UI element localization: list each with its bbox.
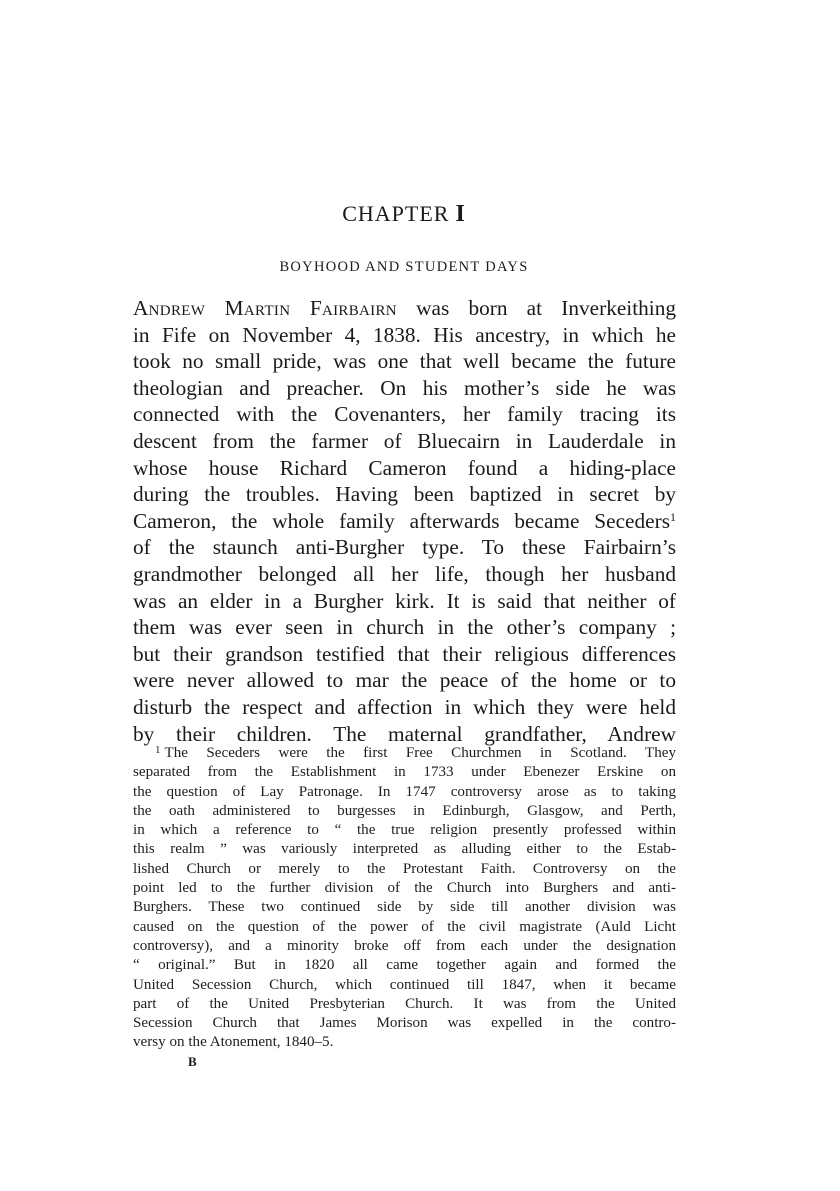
printer-signature-mark: B [188,1054,197,1070]
footnote-reference[interactable]: 1 [670,510,676,524]
footnote-line: controversy), and a minority broke off f… [133,937,676,956]
chapter-numeral: I [455,201,465,227]
body-line: whose house Richard Cameron found a hidi… [133,455,676,482]
footnote-line: in which a reference to “ the true relig… [133,821,676,840]
footnote-line: caused on the question of the power of t… [133,918,676,937]
footnote-line-text: The Seceders were the first Free Churchm… [165,745,677,761]
body-line-text: was born at Inverkeithing [397,296,676,320]
footnote-line: point led to the further division of the… [133,879,676,898]
body-line: took no small pride, was one that well b… [133,348,676,375]
body-line: theologian and preacher. On his mother’s… [133,375,676,402]
body-paragraph: Andrew Martin Fairbairn was born at Inve… [133,295,676,747]
footnote: 1The Seceders were the first Free Church… [133,744,676,1053]
chapter-heading: CHAPTERI [0,201,808,228]
body-line: disturb the respect and affection in whi… [133,694,676,721]
chapter-label: CHAPTER [342,201,449,226]
footnote-line: the oath administered to burgesses in Ed… [133,802,676,821]
chapter-title: BOYHOOD AND STUDENT DAYS [0,259,808,276]
body-line: Andrew Martin Fairbairn was born at Inve… [133,295,676,322]
body-line: Cameron, the whole family afterwards bec… [133,508,676,535]
footnote-marker: 1 [155,744,161,756]
body-line: connected with the Covenanters, her fami… [133,401,676,428]
footnote-line: separated from the Establishment in 1733… [133,763,676,782]
body-line: was an elder in a Burgher kirk. It is sa… [133,588,676,615]
footnote-line: versy on the Atonement, 1840–5. [133,1033,676,1052]
lead-name-small-caps: Andrew Martin Fairbairn [133,296,397,320]
body-line: in Fife on November 4, 1838. His ancestr… [133,322,676,349]
body-line: descent from the farmer of Bluecairn in … [133,428,676,455]
body-line: them was ever seen in church in the othe… [133,614,676,641]
body-line: of the staunch anti-Burgher type. To the… [133,534,676,561]
body-line-text: Cameron, the whole family afterwards bec… [133,509,670,533]
book-page: CHAPTERI BOYHOOD AND STUDENT DAYS Andrew… [0,0,840,1191]
footnote-line: United Secession Church, which continued… [133,976,676,995]
footnote-line: lished Church or merely to the Protestan… [133,860,676,879]
body-line: but their grandson testified that their … [133,641,676,668]
footnote-line: the question of Lay Patronage. In 1747 c… [133,783,676,802]
footnote-line: Burghers. These two continued side by si… [133,898,676,917]
footnote-line: part of the United Presbyterian Church. … [133,995,676,1014]
footnote-line: this realm ” was variously interpreted a… [133,840,676,859]
body-line: during the troubles. Having been baptize… [133,481,676,508]
footnote-line: “ original.” But in 1820 all came togeth… [133,956,676,975]
body-line: grandmother belonged all her life, thoug… [133,561,676,588]
footnote-line: Secession Church that James Morison was … [133,1014,676,1033]
body-line: were never allowed to mar the peace of t… [133,667,676,694]
footnote-line: 1The Seceders were the first Free Church… [133,744,676,763]
